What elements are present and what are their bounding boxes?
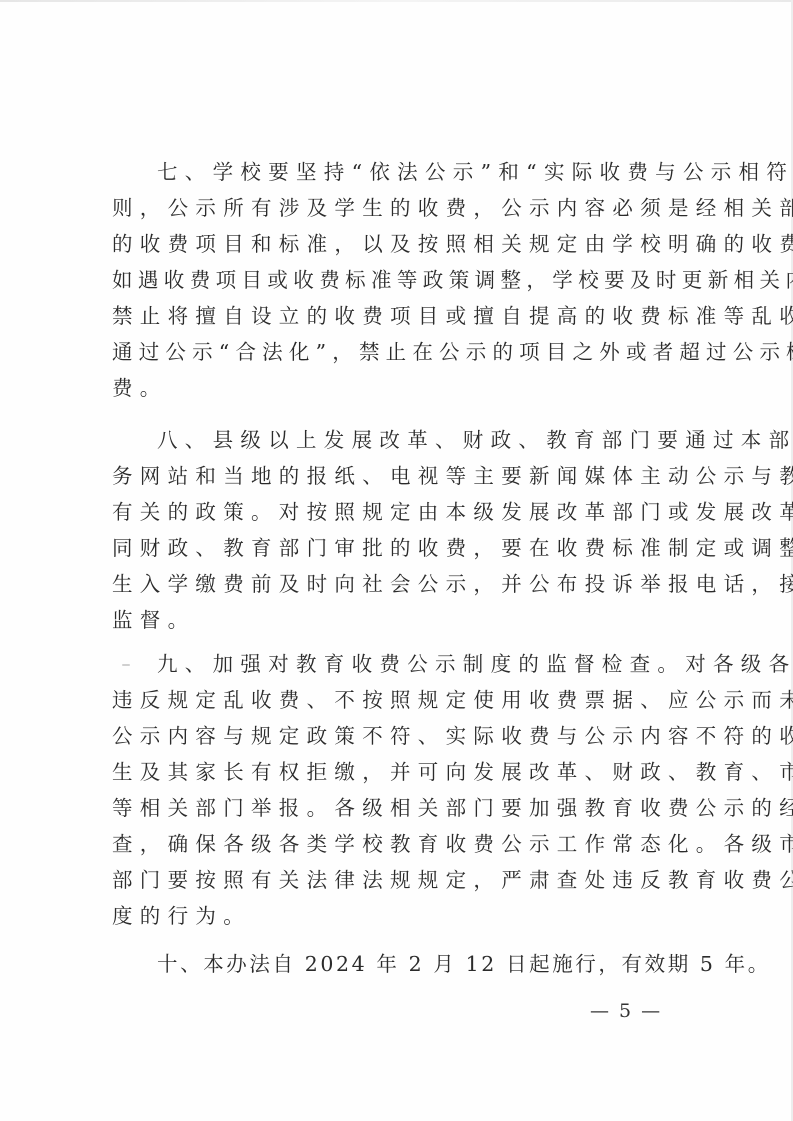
article-9-line-3: 公示内容与规定政策不符、实际收费与公示内容不符的收费，学 — [112, 718, 698, 754]
article-8-line-4: 同财政、教育部门审批的收费，要在收费标准制定或调整后、学 — [112, 530, 698, 566]
document-page: 七、学校要坚持“依法公示”和“实际收费与公示相符合”的原 则，公示所有涉及学生的… — [0, 0, 793, 1121]
scan-speck — [122, 664, 130, 666]
article-8-line-3: 有关的政策。对按照规定由本级发展改革部门或发展改革部门会 — [112, 494, 698, 530]
article-8-line-2: 务网站和当地的报纸、电视等主要新闻媒体主动公示与教育收费 — [112, 458, 698, 494]
article-9-line-6: 查，确保各级各类学校教育收费公示工作常态化。各级市场监管 — [112, 826, 698, 862]
article-9-line-7: 部门要按照有关法律法规规定，严肃查处违反教育收费公示制 — [112, 862, 698, 898]
article-7-line-6: 通过公示“合法化”，禁止在公示的项目之外或者超过公示标准收 — [112, 334, 698, 370]
article-7-line-4: 如遇收费项目或收费标准等政策调整，学校要及时更新相关内容。 — [112, 262, 698, 298]
article-7-line-7: 费。 — [112, 370, 698, 406]
article-7-line-1: 七、学校要坚持“依法公示”和“实际收费与公示相符合”的原 — [157, 154, 698, 190]
article-7-line-2: 则，公示所有涉及学生的收费，公示内容必须是经相关部门审批 — [112, 190, 698, 226]
article-8-line-1: 八、县级以上发展改革、财政、教育部门要通过本部门的政 — [157, 422, 698, 458]
page-edge-top — [0, 0, 793, 2]
article-7-line-5: 禁止将擅自设立的收费项目或擅自提高的收费标准等乱收费内容 — [112, 298, 698, 334]
page-number: — 5 — — [590, 996, 662, 1026]
article-8-line-6: 监督。 — [112, 602, 698, 638]
article-7-line-3: 的收费项目和标准，以及按照相关规定由学校明确的收费标准。 — [112, 226, 698, 262]
article-9-line-5: 等相关部门举报。各级相关部门要加强教育收费公示的经常性检 — [112, 790, 698, 826]
article-9-line-4: 生及其家长有权拒缴，并可向发展改革、财政、教育、市场监管 — [112, 754, 698, 790]
article-9-line-1: 九、加强对教育收费公示制度的监督检查。对各级各类学校 — [157, 646, 698, 682]
article-9-line-8: 度的行为。 — [112, 898, 698, 934]
article-9-line-2: 违反规定乱收费、不按照规定使用收费票据、应公示而未公示、 — [112, 682, 698, 718]
article-10-line-1: 十、本办法自 2024 年 2 月 12 日起施行，有效期 5 年。 — [157, 946, 698, 982]
article-8-line-5: 生入学缴费前及时向社会公示，并公布投诉举报电话，接受社会 — [112, 566, 698, 602]
